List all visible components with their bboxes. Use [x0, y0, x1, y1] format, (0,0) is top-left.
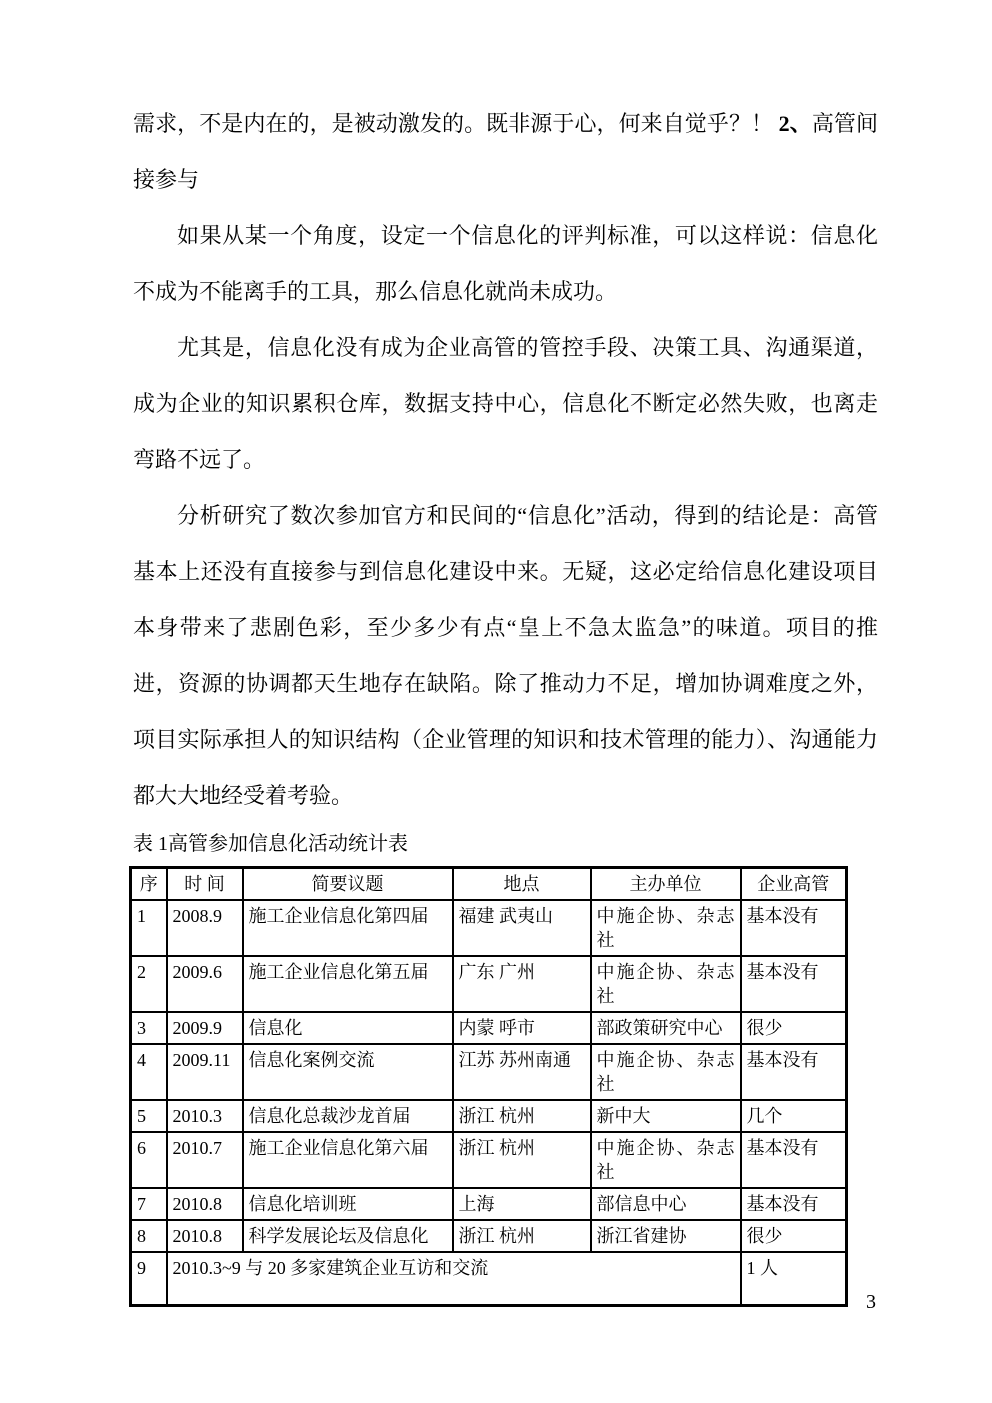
- paragraph-4: 分析研究了数次参加官方和民间的“信息化”活动，得到的结论是：高管基本上还没有直接…: [133, 488, 878, 824]
- cell-no: 5: [131, 1100, 167, 1132]
- cell-host: 中施企协、杂志社: [591, 900, 741, 956]
- table-caption: 表 1高管参加信息化活动统计表: [133, 828, 878, 860]
- table-row: 8 2010.8 科学发展论坛及信息化 浙江 杭州 浙江省建协 很少: [131, 1220, 847, 1252]
- paragraph-2: 如果从某一个角度，设定一个信息化的评判标准，可以这样说：信息化不成为不能离手的工…: [133, 208, 878, 320]
- table-row: 6 2010.7 施工企业信息化第六届 浙江 杭州 中施企协、杂志社 基本没有: [131, 1132, 847, 1188]
- cell-topic: 信息化: [243, 1012, 453, 1044]
- cell-exec: 1 人: [741, 1252, 847, 1306]
- table-row: 5 2010.3 信息化总裁沙龙首届 浙江 杭州 新中大 几个: [131, 1100, 847, 1132]
- section-number-bold: 2、: [779, 111, 812, 136]
- cell-exec: 很少: [741, 1012, 847, 1044]
- cell-place: 福建 武夷山: [453, 900, 591, 956]
- cell-topic: 施工企业信息化第六届: [243, 1132, 453, 1188]
- cell-topic: 信息化培训班: [243, 1188, 453, 1220]
- cell-no: 7: [131, 1188, 167, 1220]
- cell-no: 6: [131, 1132, 167, 1188]
- cell-date: 2010.7: [167, 1132, 243, 1188]
- header-cell-exec: 企业高管: [741, 868, 847, 901]
- header-row: 序 时 间 简要议题 地点 主办单位 企业高管: [131, 868, 847, 901]
- cell-host: 部信息中心: [591, 1188, 741, 1220]
- table-row: 7 2010.8 信息化培训班 上海 部信息中心 基本没有: [131, 1188, 847, 1220]
- header-cell-index: 序: [131, 868, 167, 901]
- cell-no: 2: [131, 956, 167, 1012]
- cell-no: 9: [131, 1252, 167, 1306]
- cell-topic: 信息化总裁沙龙首届: [243, 1100, 453, 1132]
- header-cell-topic: 简要议题: [243, 868, 453, 901]
- cell-host: 浙江省建协: [591, 1220, 741, 1252]
- cell-exec: 几个: [741, 1100, 847, 1132]
- cell-exec: 很少: [741, 1220, 847, 1252]
- header-cell-place: 地点: [453, 868, 591, 901]
- cell-merged-description: 2010.3~9 与 20 多家建筑企业互访和交流: [167, 1252, 741, 1306]
- cell-date: 2010.8: [167, 1220, 243, 1252]
- cell-place: 上海: [453, 1188, 591, 1220]
- document-content: 需求，不是内在的，是被动激发的。既非源于心，何来自觉乎？！ 2、高管间接参与 如…: [133, 96, 878, 1307]
- cell-no: 4: [131, 1044, 167, 1100]
- table-row: 9 2010.3~9 与 20 多家建筑企业互访和交流 1 人: [131, 1252, 847, 1306]
- cell-place: 内蒙 呼市: [453, 1012, 591, 1044]
- cell-topic: 施工企业信息化第五届: [243, 956, 453, 1012]
- table-row: 2 2009.6 施工企业信息化第五届 广东 广州 中施企协、杂志社 基本没有: [131, 956, 847, 1012]
- cell-topic: 施工企业信息化第四届: [243, 900, 453, 956]
- cell-place: 浙江 杭州: [453, 1220, 591, 1252]
- cell-place: 广东 广州: [453, 956, 591, 1012]
- cell-date: 2009.9: [167, 1012, 243, 1044]
- paragraph-3: 尤其是，信息化没有成为企业高管的管控手段、决策工具、沟通渠道，成为企业的知识累积…: [133, 320, 878, 488]
- table-row: 4 2009.11 信息化案例交流 江苏 苏州南通 中施企协、杂志社 基本没有: [131, 1044, 847, 1100]
- cell-host: 中施企协、杂志社: [591, 1044, 741, 1100]
- cell-host: 新中大: [591, 1100, 741, 1132]
- cell-host: 部政策研究中心: [591, 1012, 741, 1044]
- activity-statistics-table: 序 时 间 简要议题 地点 主办单位 企业高管 1 2008.9 施工企业信息化…: [129, 866, 848, 1307]
- cell-no: 1: [131, 900, 167, 956]
- paragraph-1-text: 需求，不是内在的，是被动激发的。既非源于心，何来自觉乎？！: [133, 111, 779, 136]
- cell-exec: 基本没有: [741, 956, 847, 1012]
- cell-place: 浙江 杭州: [453, 1132, 591, 1188]
- cell-date: 2009.6: [167, 956, 243, 1012]
- cell-no: 3: [131, 1012, 167, 1044]
- cell-host: 中施企协、杂志社: [591, 1132, 741, 1188]
- cell-date: 2008.9: [167, 900, 243, 956]
- header-cell-host: 主办单位: [591, 868, 741, 901]
- page-number: 3: [866, 1288, 876, 1316]
- cell-date: 2010.8: [167, 1188, 243, 1220]
- cell-exec: 基本没有: [741, 900, 847, 956]
- cell-exec: 基本没有: [741, 1132, 847, 1188]
- cell-topic: 科学发展论坛及信息化: [243, 1220, 453, 1252]
- cell-topic: 信息化案例交流: [243, 1044, 453, 1100]
- table-row: 1 2008.9 施工企业信息化第四届 福建 武夷山 中施企协、杂志社 基本没有: [131, 900, 847, 956]
- paragraph-1: 需求，不是内在的，是被动激发的。既非源于心，何来自觉乎？！ 2、高管间接参与: [133, 96, 878, 208]
- document-page: 需求，不是内在的，是被动激发的。既非源于心，何来自觉乎？！ 2、高管间接参与 如…: [0, 0, 992, 1403]
- cell-exec: 基本没有: [741, 1188, 847, 1220]
- cell-exec: 基本没有: [741, 1044, 847, 1100]
- cell-host: 中施企协、杂志社: [591, 956, 741, 1012]
- cell-no: 8: [131, 1220, 167, 1252]
- cell-date: 2010.3: [167, 1100, 243, 1132]
- table-row: 3 2009.9 信息化 内蒙 呼市 部政策研究中心 很少: [131, 1012, 847, 1044]
- cell-place: 江苏 苏州南通: [453, 1044, 591, 1100]
- cell-date: 2009.11: [167, 1044, 243, 1100]
- header-cell-date: 时 间: [167, 868, 243, 901]
- cell-place: 浙江 杭州: [453, 1100, 591, 1132]
